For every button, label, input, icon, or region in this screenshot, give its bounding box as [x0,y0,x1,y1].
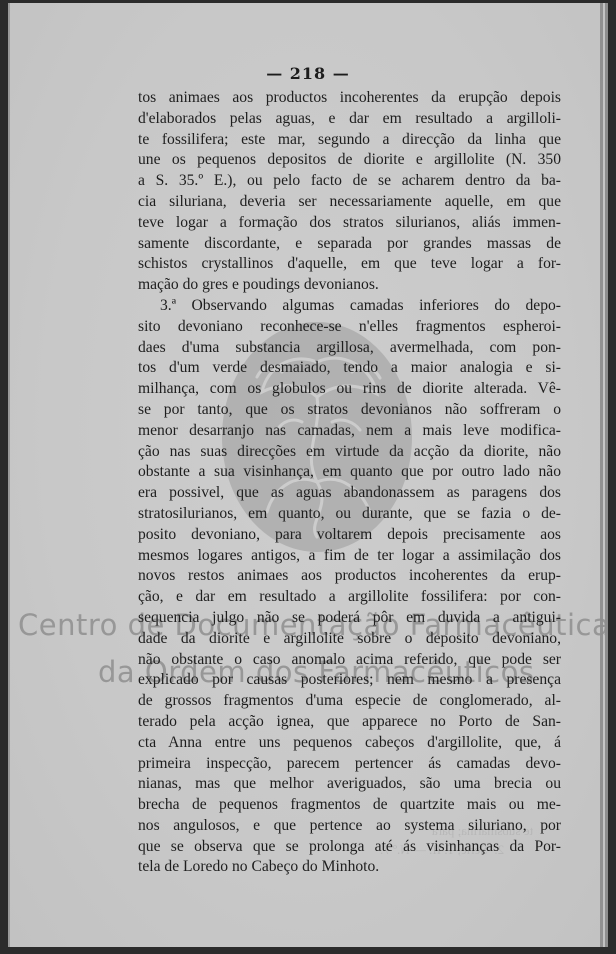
text-line: sequencia julgo não se poderá pôr em duv… [138,608,561,629]
text-line: daes d'uma substancia argillosa, avermel… [138,338,561,359]
text-line: mesmos logares antigos, a fim de ter log… [138,546,561,567]
text-line: stratosilurianos, em quanto, ou durante,… [138,504,561,525]
page-edge [600,3,603,947]
text-line: ção nas suas direcções em virtude da acç… [138,442,561,463]
text-line: sito devoniano reconhece-se n'elles frag… [138,317,561,338]
text-line: teve logar a formação dos stratos siluri… [138,213,561,234]
text-line: novos restos animaes aos productos incoh… [138,566,561,587]
text-line: d'elaborados pelas aguas, e dar em resul… [138,109,561,130]
text-line: cia siluriana, deveria ser necessariamen… [138,192,561,213]
text-line: que se observa que se prolonga até ás vi… [138,837,561,858]
text-line: obstante a sua visinhança, em quanto que… [138,462,561,483]
text-line: primeira inspecção, parecem pertencer ás… [138,754,561,775]
text-line: nianas, mas que melhor averiguados, são … [138,774,561,795]
text-line: tos d'um verde desmaiado, tendo a maior … [138,358,561,379]
text-line: schistos crystallinos d'aquelle, em que … [138,254,561,275]
text-line: cta Anna entre uns pequenos cabeços d'ar… [138,733,561,754]
paragraph-end-line: tela de Loredo no Cabeço do Minhoto. [138,857,561,878]
text-line: não obstante o caso anomalo acima referi… [138,650,561,671]
text-line: a S. 35.º E.), ou pelo facto de se achar… [138,171,561,192]
text-line: dade da diorite e argillolite sobre o de… [138,629,561,650]
page-number: — 218 — [0,64,616,83]
text-line: tos animaes aos productos incoherentes d… [138,88,561,109]
text-line: samente discordante, e separada por gran… [138,234,561,255]
text-line: de grossos fragmentos d'uma especie de c… [138,691,561,712]
text-line: nos angulosos, e que pertence ao systema… [138,816,561,837]
text-line: explicado por causas posteriores; nem me… [138,670,561,691]
paragraph-end-line: mação do gres e poudings devonianos. [138,275,561,296]
text-line: terado pela acção ignea, que apparece no… [138,712,561,733]
text-line: menor desarranjo nas camadas, nem a mais… [138,421,561,442]
text-line: te fossilifera; este mar, segundo a dire… [138,130,561,151]
paragraph-start-line: 3.ª Observando algumas camadas inferiore… [138,296,561,317]
text-line: se por tanto, que os stratos devonianos … [138,400,561,421]
text-line: ção, e dar em resultado a argillolite fo… [138,587,561,608]
body-text: tos animaes aos productos incoherentes d… [138,88,561,878]
text-line: une os pequenos depositos de diorite e a… [138,150,561,171]
text-line: brecha de pequenos fragmentos de quartzi… [138,795,561,816]
text-line: milhança, com os globulos ou rins de dio… [138,379,561,400]
text-line: posito devoniano, para voltarem depois p… [138,525,561,546]
text-line: era possivel, que as aguas abandonassem … [138,483,561,504]
